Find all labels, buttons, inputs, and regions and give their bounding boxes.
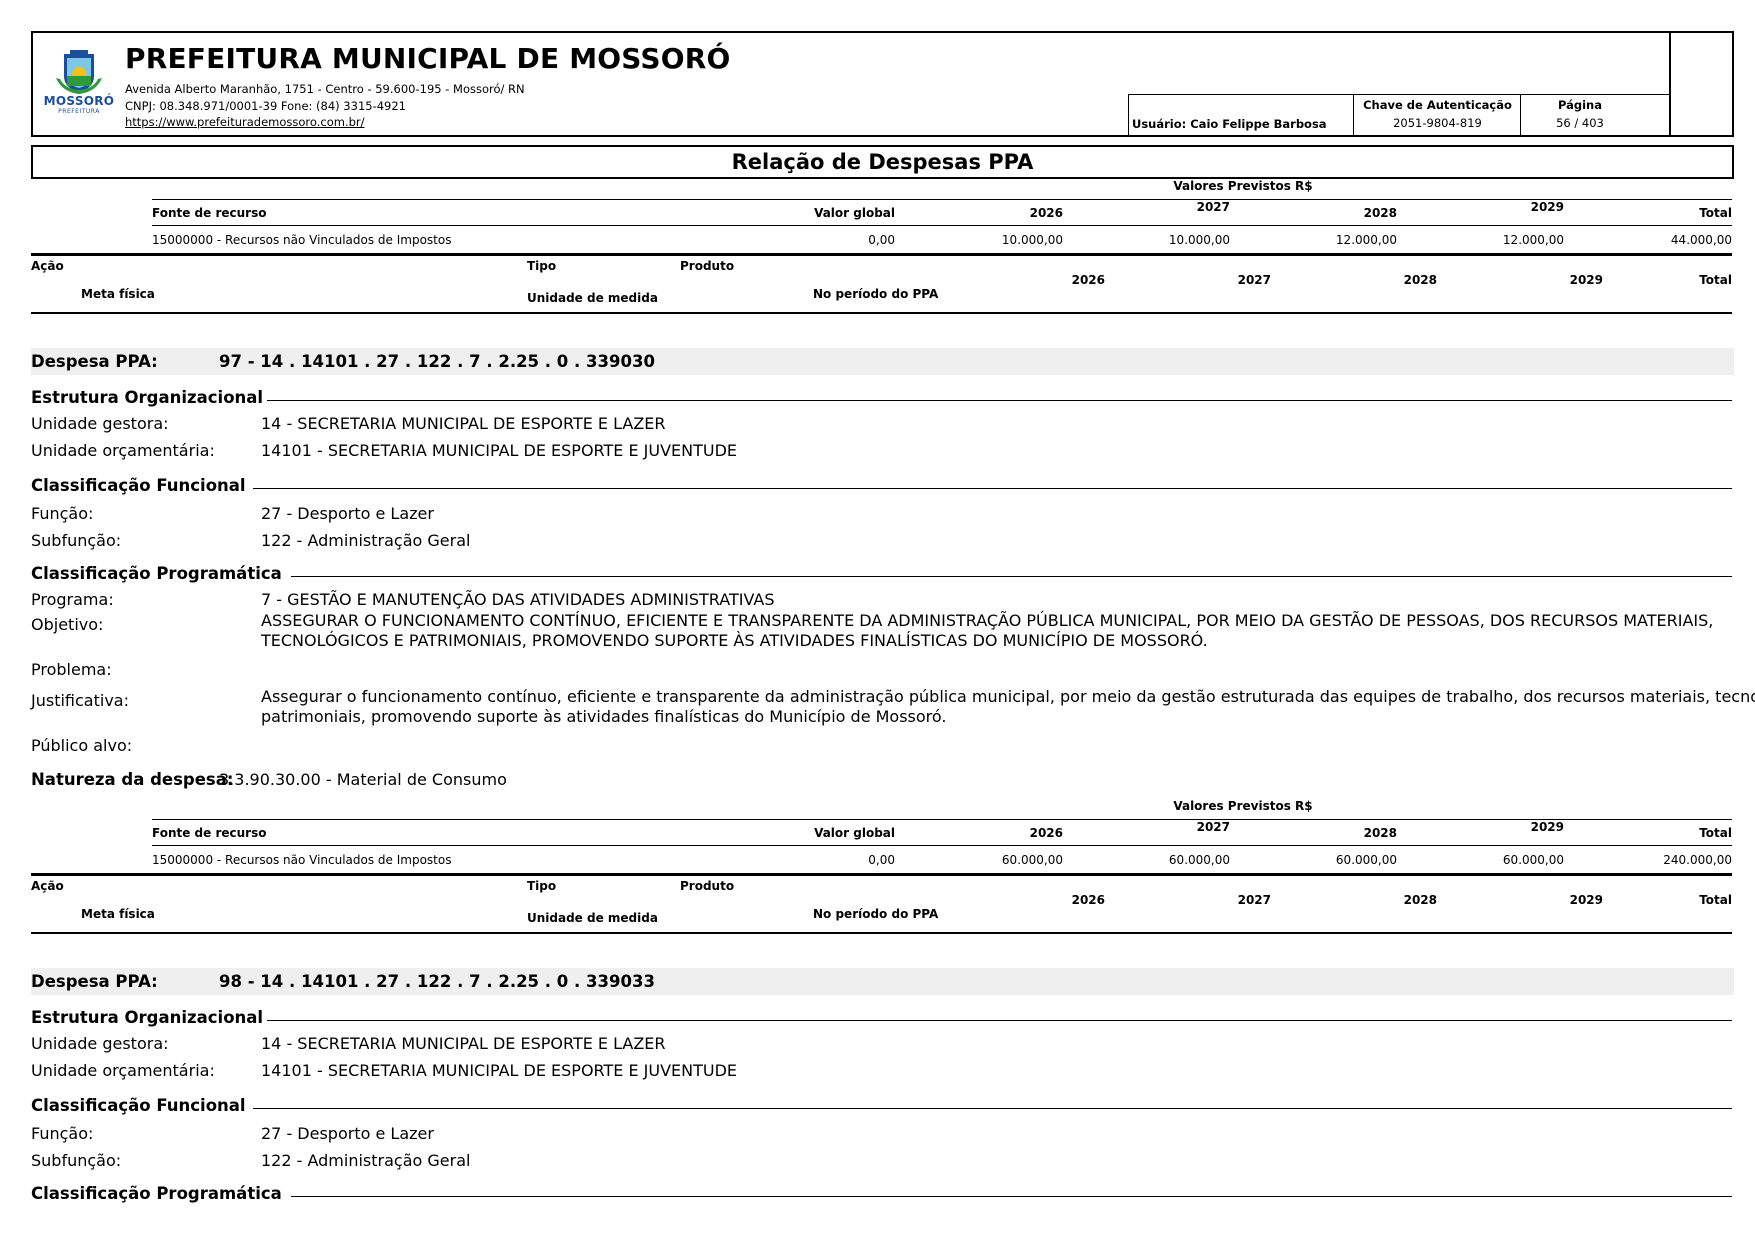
org-address: Avenida Alberto Maranhão, 1751 - Centro … (125, 82, 525, 96)
despesa-label: Despesa PPA: (31, 972, 158, 991)
page-label: Página (1521, 98, 1639, 112)
field-label: Público alvo: (31, 736, 132, 755)
section-rule (267, 400, 1732, 401)
field-label: Subfunção: (31, 531, 121, 550)
objetivo-value-line2: TECNOLÓGICOS E PATRIMONIAIS, PROMOVENDO … (261, 631, 1208, 650)
year-value: 10.000,00 (943, 233, 1063, 247)
unidade-orcamentaria-value: 14101 - SECRETARIA MUNICIPAL DE ESPORTE … (261, 441, 737, 460)
section-programatica: Classificação Programática (31, 1184, 282, 1203)
col-tipo: Tipo (527, 879, 556, 893)
table-rule-thick (31, 932, 1732, 934)
col-year: 2027 (1110, 820, 1230, 834)
programa-value: 7 - GESTÃO E MANUTENÇÃO DAS ATIVIDADES A… (261, 590, 775, 609)
col-acao: Ação (31, 259, 64, 273)
unidade-gestora-value: 14 - SECRETARIA MUNICIPAL DE ESPORTE E L… (261, 1034, 666, 1053)
mossoro-logo: MOSSORÓ PREFEITURA (42, 48, 116, 116)
natureza-value: 3.3.90.30.00 - Material de Consumo (219, 770, 507, 789)
field-label: Subfunção: (31, 1151, 121, 1170)
despesa-code: 98 - 14 . 14101 . 27 . 122 . 7 . 2.25 . … (219, 972, 655, 991)
col-year: 2026 (985, 893, 1105, 907)
section-programatica: Classificação Programática (31, 564, 282, 583)
natureza-label: Natureza da despesa: (31, 770, 233, 789)
funcao-value: 27 - Desporto e Lazer (261, 1124, 434, 1143)
field-label: Objetivo: (31, 615, 103, 634)
subfuncao-value: 122 - Administração Geral (261, 1151, 470, 1170)
col-year: 2026 (943, 826, 1063, 840)
field-label: Problema: (31, 660, 112, 679)
objetivo-value-line1: ASSEGURAR O FUNCIONAMENTO CONTÍNUO, EFIC… (261, 611, 1713, 630)
fonte-value: 15000000 - Recursos não Vinculados de Im… (152, 233, 451, 247)
logo-subtext: PREFEITURA (42, 108, 116, 115)
org-name: PREFEITURA MUNICIPAL DE MOSSORÓ (125, 42, 731, 75)
field-label: Unidade orçamentária: (31, 441, 215, 460)
col-year: 2027 (1151, 273, 1271, 287)
unidade-gestora-value: 14 - SECRETARIA MUNICIPAL DE ESPORTE E L… (261, 414, 666, 433)
page-number: 56 / 403 (1521, 116, 1639, 130)
section-rule (253, 1108, 1732, 1109)
report-title: Relação de Despesas PPA (31, 145, 1734, 179)
field-label: Função: (31, 1124, 93, 1143)
col-total: Total (1612, 893, 1732, 907)
funcao-value: 27 - Desporto e Lazer (261, 504, 434, 523)
col-total: Total (1612, 273, 1732, 287)
year-value: 10.000,00 (1110, 233, 1230, 247)
page-cell: Página 56 / 403 (1521, 95, 1669, 136)
col-year: 2029 (1483, 893, 1603, 907)
org-cnpj-phone: CNPJ: 08.348.971/0001-39 Fone: (84) 3315… (125, 99, 406, 113)
table-rule (152, 225, 1732, 226)
auth-key-value: 2051-9804-819 (1354, 116, 1521, 130)
field-label: Programa: (31, 590, 114, 609)
field-label: Unidade gestora: (31, 414, 169, 433)
col-produto: Produto (680, 879, 734, 893)
col-total: Total (1612, 206, 1732, 220)
col-meta-fisica: Meta física (81, 287, 155, 301)
col-year: 2028 (1277, 826, 1397, 840)
valor-global-value: 0,00 (700, 853, 895, 867)
justificativa-value-line2: patrimoniais, promovendo suporte às ativ… (261, 707, 947, 726)
year-value: 60.000,00 (1444, 853, 1564, 867)
year-value: 12.000,00 (1277, 233, 1397, 247)
total-value: 240.000,00 (1612, 853, 1732, 867)
section-funcional: Classificação Funcional (31, 1096, 246, 1115)
col-meta-fisica: Meta física (81, 907, 155, 921)
fonte-value: 15000000 - Recursos não Vinculados de Im… (152, 853, 451, 867)
col-unidade-de-medida: Unidade de medida (527, 911, 658, 925)
despesa-code: 97 - 14 . 14101 . 27 . 122 . 7 . 2.25 . … (219, 352, 655, 371)
field-label: Função: (31, 504, 93, 523)
table-rule-thick (31, 312, 1732, 314)
col-year: 2028 (1277, 206, 1397, 220)
year-value: 60.000,00 (943, 853, 1063, 867)
valores-previstos-label: Valores Previstos R$ (1078, 799, 1408, 813)
col-year: 2026 (985, 273, 1105, 287)
col-acao: Ação (31, 879, 64, 893)
table-rule-thick (31, 873, 1732, 876)
section-rule (253, 488, 1732, 489)
header-meta-box: Usuário: Caio Felippe Barbosa Chave de A… (1128, 94, 1670, 137)
col-fonte-de-recurso: Fonte de recurso (152, 206, 266, 220)
section-rule (291, 576, 1732, 577)
section-rule (267, 1020, 1732, 1021)
col-year: 2026 (943, 206, 1063, 220)
col-fonte-de-recurso: Fonte de recurso (152, 826, 266, 840)
col-year: 2027 (1151, 893, 1271, 907)
col-tipo: Tipo (527, 259, 556, 273)
field-label: Unidade orçamentária: (31, 1061, 215, 1080)
col-valor-global: Valor global (700, 826, 895, 840)
col-produto: Produto (680, 259, 734, 273)
auth-key-cell: Chave de Autenticação 2051-9804-819 (1354, 95, 1521, 136)
section-funcional: Classificação Funcional (31, 476, 246, 495)
unidade-orcamentaria-value: 14101 - SECRETARIA MUNICIPAL DE ESPORTE … (261, 1061, 737, 1080)
col-year: 2029 (1444, 820, 1564, 834)
year-value: 60.000,00 (1110, 853, 1230, 867)
col-year: 2028 (1317, 893, 1437, 907)
justificativa-value-line1: Assegurar o funcionamento contínuo, efic… (261, 687, 1755, 706)
despesa-label: Despesa PPA: (31, 352, 158, 371)
field-label: Justificativa: (31, 691, 129, 710)
section-estrutura: Estrutura Organizacional (31, 388, 263, 407)
section-estrutura: Estrutura Organizacional (31, 1008, 263, 1027)
valor-global-value: 0,00 (700, 233, 895, 247)
table-rule (152, 845, 1732, 846)
coat-of-arms-icon (42, 48, 116, 96)
col-no-periodo-ppa: No período do PPA (813, 907, 938, 921)
valores-previstos-label: Valores Previstos R$ (1078, 179, 1408, 193)
logo-text: MOSSORÓ (42, 94, 116, 108)
col-year: 2029 (1444, 200, 1564, 214)
subfuncao-value: 122 - Administração Geral (261, 531, 470, 550)
user-label: Usuário: Caio Felippe Barbosa (1132, 117, 1327, 131)
col-total: Total (1612, 826, 1732, 840)
auth-key-label: Chave de Autenticação (1354, 98, 1521, 112)
col-year: 2029 (1483, 273, 1603, 287)
year-value: 60.000,00 (1277, 853, 1397, 867)
year-value: 12.000,00 (1444, 233, 1564, 247)
field-label: Unidade gestora: (31, 1034, 169, 1053)
col-year: 2027 (1110, 200, 1230, 214)
total-value: 44.000,00 (1612, 233, 1732, 247)
col-no-periodo-ppa: No período do PPA (813, 287, 938, 301)
user-cell: Usuário: Caio Felippe Barbosa (1129, 95, 1354, 136)
org-website-link[interactable]: https://www.prefeiturademossoro.com.br/ (125, 115, 365, 129)
table-rule-thick (31, 253, 1732, 256)
col-year: 2028 (1317, 273, 1437, 287)
col-valor-global: Valor global (700, 206, 895, 220)
section-rule (291, 1196, 1732, 1197)
col-unidade-de-medida: Unidade de medida (527, 291, 658, 305)
